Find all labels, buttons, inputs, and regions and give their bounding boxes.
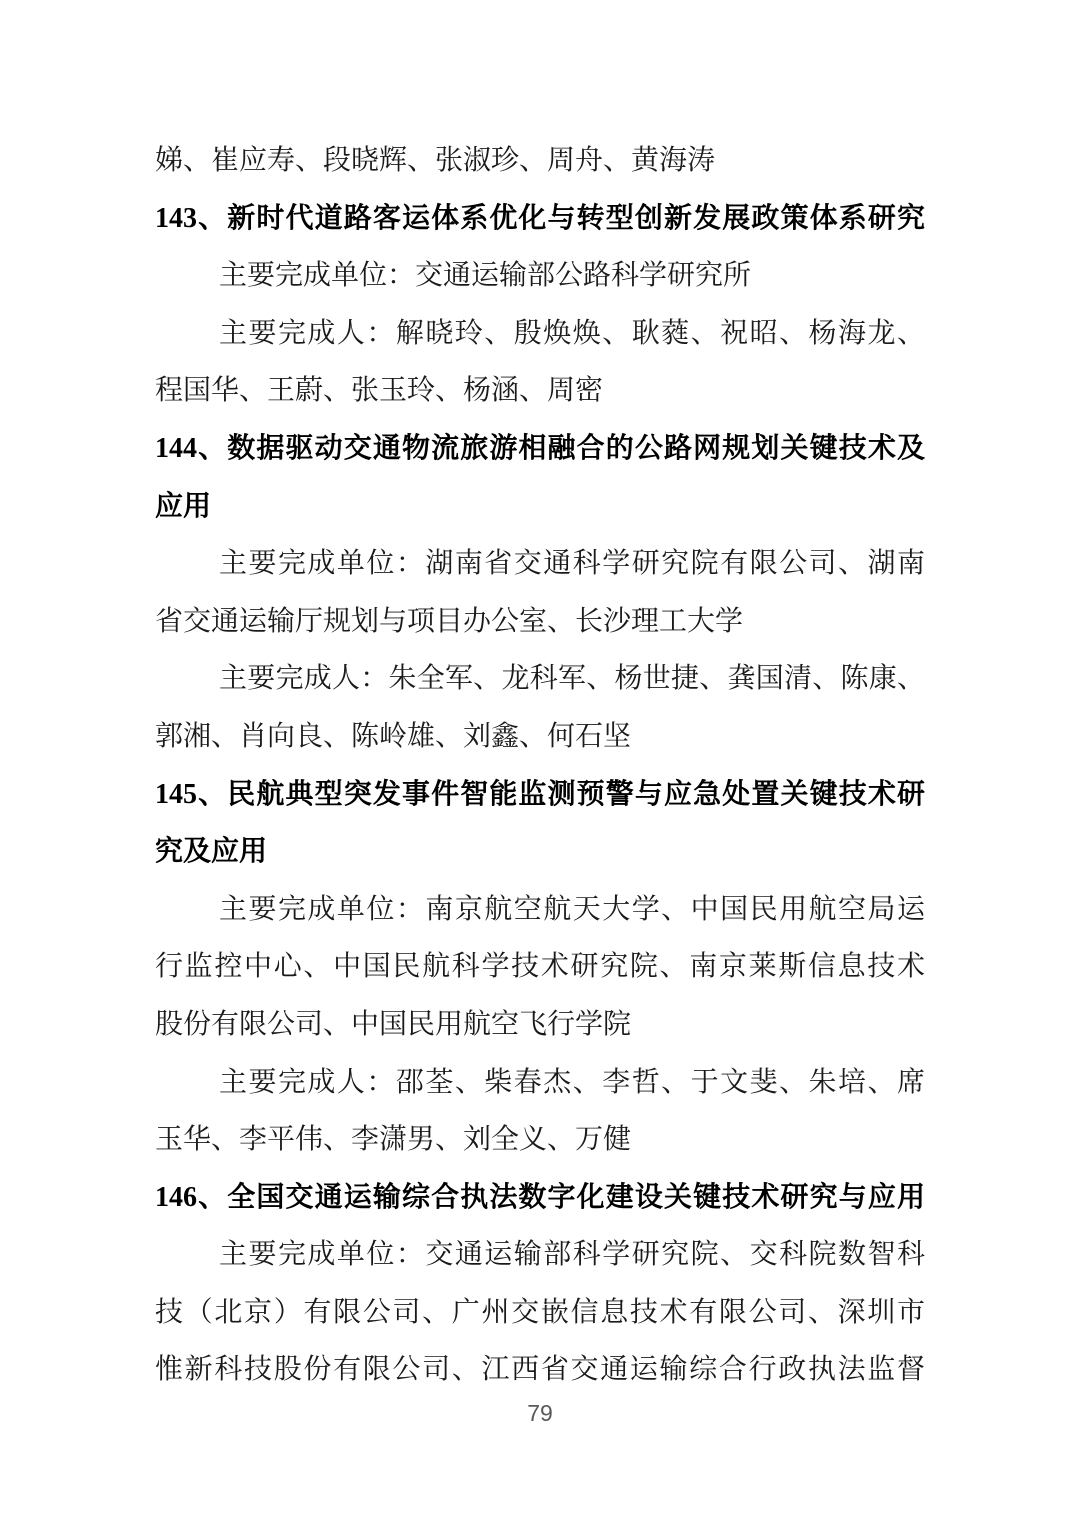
people-line: 主要完成人：解晓玲、殷焕焕、耿蕤、祝昭、杨海龙、 (155, 305, 925, 363)
people-line: 主要完成人：朱全军、龙科军、杨世捷、龚国清、陈康、 (155, 650, 925, 708)
award-entry-146: 146、全国交通运输综合执法数字化建设关键技术研究与应用 主要完成单位：交通运输… (155, 1169, 925, 1399)
entry-heading: 究及应用 (155, 823, 925, 881)
unit-line: 股份有限公司、中国民用航空飞行学院 (155, 996, 925, 1054)
people-line: 玉华、李平伟、李潇男、刘全义、万健 (155, 1111, 925, 1169)
page-number: 79 (0, 1398, 1080, 1428)
unit-line: 行监控中心、中国民航科学技术研究院、南京莱斯信息技术 (155, 938, 925, 996)
people-line: 主要完成人：邵荃、柴春杰、李哲、于文斐、朱培、席 (155, 1054, 925, 1112)
unit-line: 主要完成单位：交通运输部公路科学研究所 (155, 247, 925, 305)
document-page: 娣、崔应寿、段晓辉、张淑珍、周舟、黄海涛 143、新时代道路客运体系优化与转型创… (0, 0, 1080, 1527)
unit-line: 省交通运输厅规划与项目办公室、长沙理工大学 (155, 593, 925, 651)
unit-line: 主要完成单位：南京航空航天大学、中国民用航空局运 (155, 881, 925, 939)
page-body: 娣、崔应寿、段晓辉、张淑珍、周舟、黄海涛 143、新时代道路客运体系优化与转型创… (155, 132, 925, 1399)
entry-heading: 146、全国交通运输综合执法数字化建设关键技术研究与应用 (155, 1169, 925, 1227)
people-line: 程国华、王蔚、张玉玲、杨涵、周密 (155, 362, 925, 420)
entry-heading: 144、数据驱动交通物流旅游相融合的公路网规划关键技术及 (155, 420, 925, 478)
unit-line: 主要完成单位：湖南省交通科学研究院有限公司、湖南 (155, 535, 925, 593)
unit-line: 主要完成单位：交通运输部科学研究院、交科院数智科 (155, 1226, 925, 1284)
award-entry-143: 143、新时代道路客运体系优化与转型创新发展政策体系研究 主要完成单位：交通运输… (155, 190, 925, 420)
award-entry-144: 144、数据驱动交通物流旅游相融合的公路网规划关键技术及 应用 主要完成单位：湖… (155, 420, 925, 766)
entry-heading: 应用 (155, 478, 925, 536)
entry-heading: 143、新时代道路客运体系优化与转型创新发展政策体系研究 (155, 190, 925, 248)
people-line: 郭湘、肖向良、陈岭雄、刘鑫、何石坚 (155, 708, 925, 766)
award-entry-145: 145、民航典型突发事件智能监测预警与应急处置关键技术研 究及应用 主要完成单位… (155, 766, 925, 1169)
continuation-people-line: 娣、崔应寿、段晓辉、张淑珍、周舟、黄海涛 (155, 132, 925, 190)
unit-line: 惟新科技股份有限公司、江西省交通运输综合行政执法监督 (155, 1341, 925, 1399)
entry-heading: 145、民航典型突发事件智能监测预警与应急处置关键技术研 (155, 766, 925, 824)
unit-line: 技（北京）有限公司、广州交嵌信息技术有限公司、深圳市 (155, 1284, 925, 1342)
